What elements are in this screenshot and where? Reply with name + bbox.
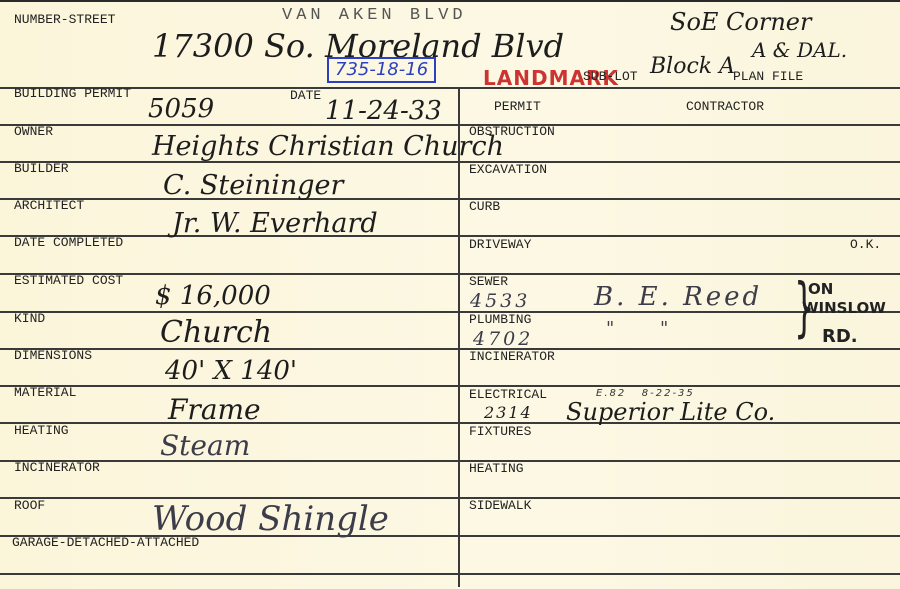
incinerator-permit-label: INCINERATOR [469,350,555,363]
excavation-label: EXCAVATION [469,163,547,176]
driveway-status: O.K. [850,238,881,251]
builder-label: BUILDER [14,162,69,175]
permit-card: NUMBER-STREET VAN AKEN BLVD 17300 So. Mo… [0,0,900,589]
driveway-label: DRIVEWAY [469,238,531,251]
number-street-label: NUMBER-STREET [14,13,115,26]
kind-label: KIND [14,312,45,325]
dimensions-label: DIMENSIONS [14,349,92,362]
estimated-cost-value: $ 16,000 [155,283,271,309]
curb-label: CURB [469,200,500,213]
side-note-line1: ON [808,282,833,297]
building-permit-value: 5059 [148,96,214,122]
plumbing-number: 4702 [473,330,533,349]
contractor-column-header: CONTRACTOR [686,100,764,113]
obstruction-label: OBSTRUCTION [469,125,555,138]
sewer-contractor: B. E. Reed [594,284,762,310]
builder-value: C. Steininger [163,172,343,199]
plan-file-label: PLAN FILE [733,70,803,83]
sidewalk-label: SIDEWALK [469,499,531,512]
heating-label: HEATING [14,424,69,437]
owner-label: OWNER [14,125,53,138]
garage-label: GARAGE-DETACHED-ATTACHED [12,536,199,549]
date-value: 11-24-33 [325,98,442,124]
rule [0,573,900,575]
rule [0,497,900,499]
corner-note-1: SoE Corner [670,10,811,34]
permit-column-header: PERMIT [494,100,541,113]
rule [0,198,900,200]
rule [0,460,900,462]
side-note-line2: WINSLOW [802,301,886,316]
plumbing-label: PLUMBING [469,313,531,326]
electrical-label: ELECTRICAL [469,388,547,401]
dimensions-value: 40' X 140' [165,358,297,384]
roof-label: ROOF [14,499,45,512]
sub-lot-value: Block A [650,56,735,78]
heating-value: Steam [160,432,250,460]
sewer-number: 4533 [470,292,530,311]
typed-street: VAN AKEN BLVD [282,7,467,24]
sewer-label: SEWER [469,275,508,288]
fixtures-label: FIXTURES [469,425,531,438]
owner-value: Heights Christian Church [152,133,504,160]
corner-note-2: A & DAL. [752,40,847,60]
architect-value: Jr. W. Everhard [172,210,378,237]
estimated-cost-label: ESTIMATED COST [14,274,123,287]
incinerator-label: INCINERATOR [14,461,100,474]
rule [0,124,900,126]
rule [0,311,900,313]
electrical-contractor: Superior Lite Co. [566,400,775,424]
rule [0,87,900,89]
roof-value: Wood Shingle [152,502,389,536]
plumbing-contractor-ditto: " " [606,320,668,338]
rule [0,273,900,275]
side-note-line3: RD. [822,328,858,346]
material-label: MATERIAL [14,386,76,399]
rule [0,348,900,350]
date-completed-label: DATE COMPLETED [14,236,123,249]
architect-label: ARCHITECT [14,199,84,212]
sub-lot-label: SUB-LOT [583,70,638,83]
electrical-number: 2314 [484,405,533,421]
material-value: Frame [168,396,261,424]
building-permit-label: BUILDING PERMIT [14,87,131,100]
date-label: DATE [290,89,321,102]
card-top-edge [0,0,900,2]
parcel-number-stamp: 735-18-16 [327,57,436,83]
column-divider [458,87,460,587]
heating-permit-label: HEATING [469,462,524,475]
rule [0,235,900,237]
kind-value: Church [160,318,272,348]
rule [0,385,900,387]
